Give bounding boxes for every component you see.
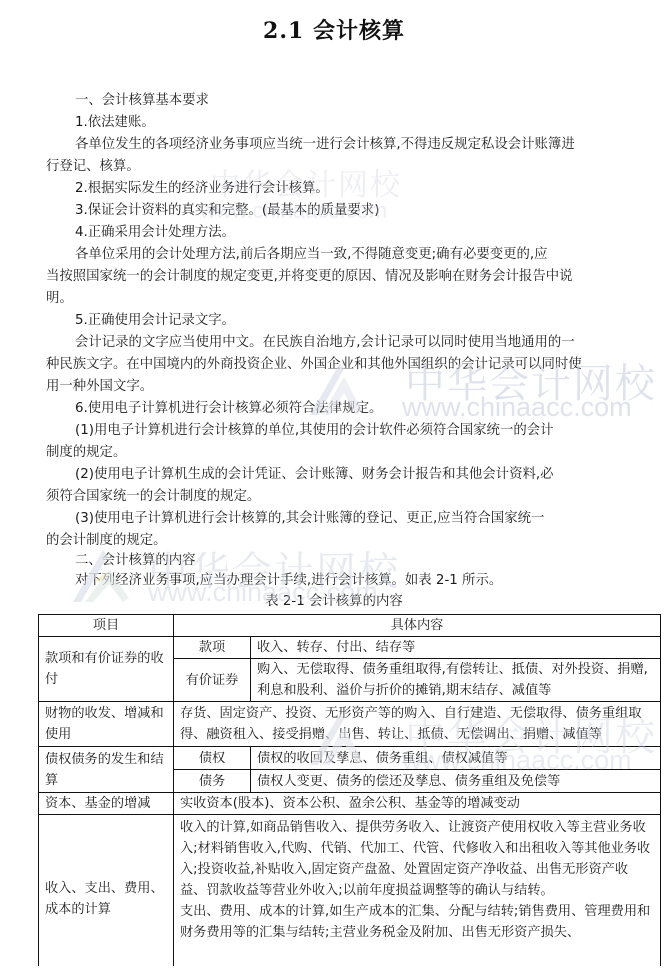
content-paragraph: 收入的计算,如商品销售收入、提供劳务收入、让渡资产使用权收入等主营业务收入;材料…	[180, 817, 654, 901]
row-content: 实收资本(股本)、资本公积、盈余公积、基金等的增减变动	[174, 793, 661, 815]
row-content: 存货、固定资产、投资、无形资产等的购入、自行建造、无偿取得、债务重组取得、融资租…	[174, 702, 661, 747]
table-header-row: 项目 具体内容	[39, 615, 661, 637]
table-row: 资本、基金的增减 实收资本(股本)、资本公积、盈余公积、基金等的增减变动	[39, 793, 661, 815]
table-row: 收入、支出、费用、成本的计算 收入的计算,如商品销售收入、提供劳务收入、让渡资产…	[39, 815, 661, 967]
row-item: 债权债务的发生和结算	[39, 747, 174, 793]
table-row: 债权债务的发生和结算 债权 债权的收回及孳息、债务重组、债权减值等	[39, 747, 661, 770]
row-content: 收入、转存、付出、结存等	[251, 637, 661, 659]
header-content: 具体内容	[174, 615, 661, 637]
row-content: 债权的收回及孳息、债务重组、债权减值等	[251, 747, 661, 770]
accounting-content-table: 项目 具体内容 款项和有价证券的收付 款项 收入、转存、付出、结存等 有价证券 …	[38, 614, 661, 966]
row-sub-label: 债权	[174, 747, 251, 770]
table-row: 款项和有价证券的收付 款项 收入、转存、付出、结存等	[39, 637, 661, 659]
row-item: 财物的收发、增减和使用	[39, 702, 174, 747]
header-item: 项目	[39, 615, 174, 637]
row-sub-label: 有价证券	[174, 659, 251, 702]
content-paragraph: 支出、费用、成本的计算,如生产成本的汇集、分配与结转;销售费用、管理费用和财务费…	[180, 901, 654, 943]
table-row: 财物的收发、增减和使用 存货、固定资产、投资、无形资产等的购入、自行建造、无偿取…	[39, 702, 661, 747]
row-content: 购入、无偿取得、债务重组取得,有偿转让、抵债、对外投资、捐赠,利息和股利、溢价与…	[251, 659, 661, 702]
row-item: 收入、支出、费用、成本的计算	[39, 815, 174, 967]
row-content: 债权人变更、债务的偿还及孳息、债务重组及免偿等	[251, 770, 661, 793]
row-item: 资本、基金的增减	[39, 793, 174, 815]
row-sub-label: 债务	[174, 770, 251, 793]
row-item: 款项和有价证券的收付	[39, 637, 174, 702]
row-sub-label: 款项	[174, 637, 251, 659]
row-content: 收入的计算,如商品销售收入、提供劳务收入、让渡资产使用权收入等主营业务收入;材料…	[174, 815, 661, 967]
